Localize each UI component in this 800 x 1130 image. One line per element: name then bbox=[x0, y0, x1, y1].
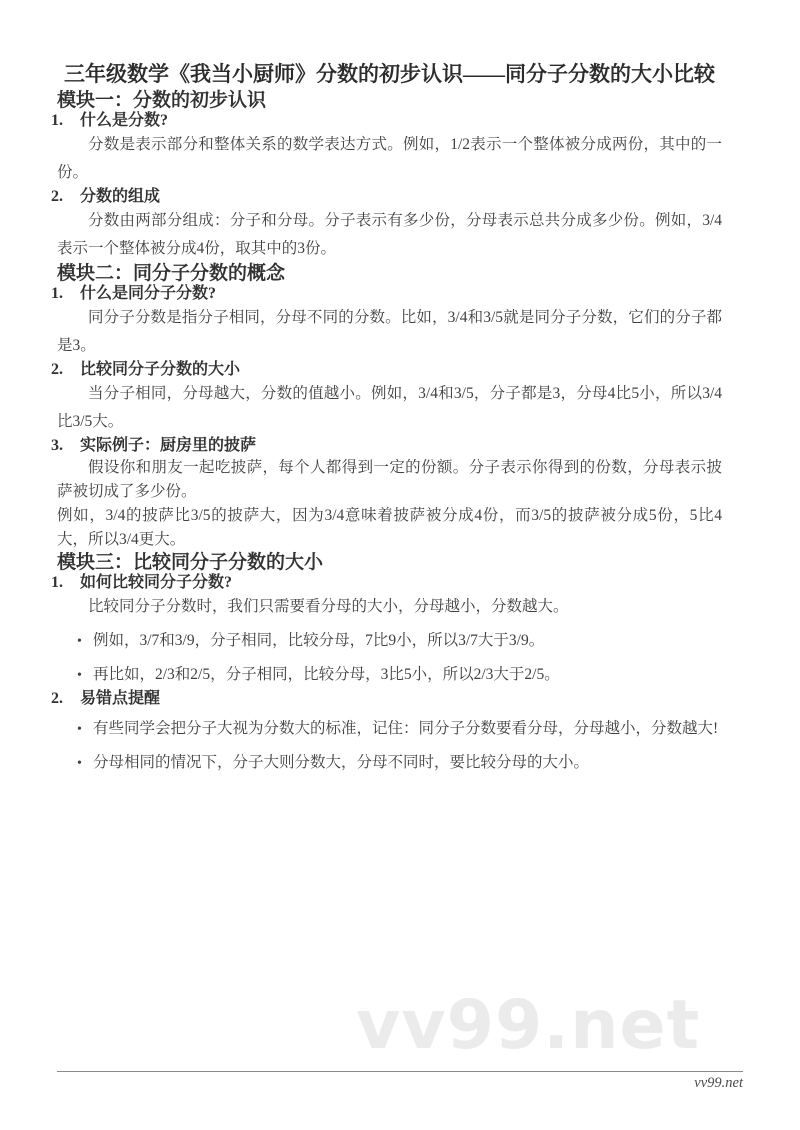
item-number: 1. bbox=[51, 284, 80, 304]
paragraph: 分数是表示部分和整体关系的数学表达方式。例如，1/2表示一个整体被分成两份，其中… bbox=[57, 131, 722, 187]
item-title: 如何比较同分子分数? bbox=[80, 573, 232, 593]
item-heading-3-1: 1. 如何比较同分子分数? bbox=[51, 573, 722, 593]
item-heading-1-1: 1. 什么是分数? bbox=[51, 111, 722, 131]
paragraph: 分数由两部分组成：分子和分母。分子表示有多少份，分母表示总共分成多少份。例如，3… bbox=[57, 207, 722, 263]
module-1-heading: 模块一：分数的初步认识 bbox=[57, 90, 722, 111]
bullet-text: 再比如，2/3和2/5，分子相同，比较分母，3比5小，所以2/3大于2/5。 bbox=[93, 666, 560, 683]
bullet-text: 有些同学会把分子大视为分数大的标准，记住：同分子分数要看分母，分母越小，分数越大… bbox=[93, 720, 718, 737]
item-number: 3. bbox=[51, 436, 80, 456]
item-number: 1. bbox=[51, 111, 80, 131]
module-3-heading: 模块三：比较同分子分数的大小 bbox=[57, 552, 722, 573]
item-title: 什么是分数? bbox=[80, 111, 168, 131]
document-page: vv99.net 三年级数学《我当小厨师》分数的初步认识——同分子分数的大小比较… bbox=[0, 0, 800, 1130]
item-heading-1-2: 2. 分数的组成 bbox=[51, 187, 722, 207]
bullet-item: 再比如，2/3和2/5，分子相同，比较分母，3比5小，所以2/3大于2/5。 bbox=[57, 661, 722, 689]
item-title: 比较同分子分数的大小 bbox=[80, 360, 240, 380]
item-number: 1. bbox=[51, 573, 80, 593]
bullet-icon bbox=[77, 661, 82, 690]
paragraph: 当分子相同，分母越大，分数的值越小。例如，3/4和3/5，分子都是3，分母4比5… bbox=[57, 380, 722, 436]
bullet-item: 分母相同的情况下，分子大则分数大，分母不同时，要比较分母的大小。 bbox=[57, 749, 722, 777]
paragraph: 同分子分数是指分子相同，分母不同的分数。比如，3/4和3/5就是同分子分数，它们… bbox=[57, 304, 722, 360]
bullet-text: 分母相同的情况下，分子大则分数大，分母不同时，要比较分母的大小。 bbox=[93, 754, 589, 771]
item-title: 什么是同分子分数? bbox=[80, 284, 216, 304]
item-heading-2-1: 1. 什么是同分子分数? bbox=[51, 284, 722, 304]
item-heading-3-2: 2. 易错点提醒 bbox=[51, 689, 722, 709]
bullet-item: 有些同学会把分子大视为分数大的标准，记住：同分子分数要看分母，分母越小，分数越大… bbox=[57, 715, 722, 743]
item-number: 2. bbox=[51, 187, 80, 207]
item-heading-2-2: 2. 比较同分子分数的大小 bbox=[51, 360, 722, 380]
bullet-list: 有些同学会把分子大视为分数大的标准，记住：同分子分数要看分母，分母越小，分数越大… bbox=[57, 715, 722, 777]
item-title: 易错点提醒 bbox=[80, 689, 160, 709]
item-title: 分数的组成 bbox=[80, 187, 160, 207]
bullet-icon bbox=[77, 715, 82, 744]
bullet-text: 例如，3/7和3/9，分子相同，比较分母，7比9小，所以3/7大于3/9。 bbox=[93, 632, 544, 649]
watermark-text: vv99.net bbox=[356, 986, 700, 1065]
item-number: 2. bbox=[51, 360, 80, 380]
module-2-heading: 模块二：同分子分数的概念 bbox=[57, 263, 722, 284]
paragraph: 假设你和朋友一起吃披萨，每个人都得到一定的份额。分子表示你得到的份数，分母表示披… bbox=[57, 456, 722, 504]
bullet-icon bbox=[77, 627, 82, 656]
bullet-list: 例如，3/7和3/9，分子相同，比较分母，7比9小，所以3/7大于3/9。 再比… bbox=[57, 627, 722, 689]
footer-site: vv99.net bbox=[57, 1075, 743, 1092]
bullet-icon bbox=[77, 749, 82, 778]
item-heading-2-3: 3. 实际例子：厨房里的披萨 bbox=[51, 436, 722, 456]
page-footer: vv99.net bbox=[57, 1071, 743, 1092]
bullet-item: 例如，3/7和3/9，分子相同，比较分母，7比9小，所以3/7大于3/9。 bbox=[57, 627, 722, 655]
paragraph: 例如，3/4的披萨比3/5的披萨大，因为3/4意味着披萨被分成4份，而3/5的披… bbox=[57, 504, 722, 552]
page-title: 三年级数学《我当小厨师》分数的初步认识——同分子分数的大小比较 bbox=[57, 58, 722, 90]
item-title: 实际例子：厨房里的披萨 bbox=[80, 436, 256, 456]
item-number: 2. bbox=[51, 689, 80, 709]
paragraph: 比较同分子分数时，我们只需要看分母的大小，分母越小，分数越大。 bbox=[57, 593, 722, 621]
document-content: 三年级数学《我当小厨师》分数的初步认识——同分子分数的大小比较 模块一：分数的初… bbox=[57, 58, 722, 777]
